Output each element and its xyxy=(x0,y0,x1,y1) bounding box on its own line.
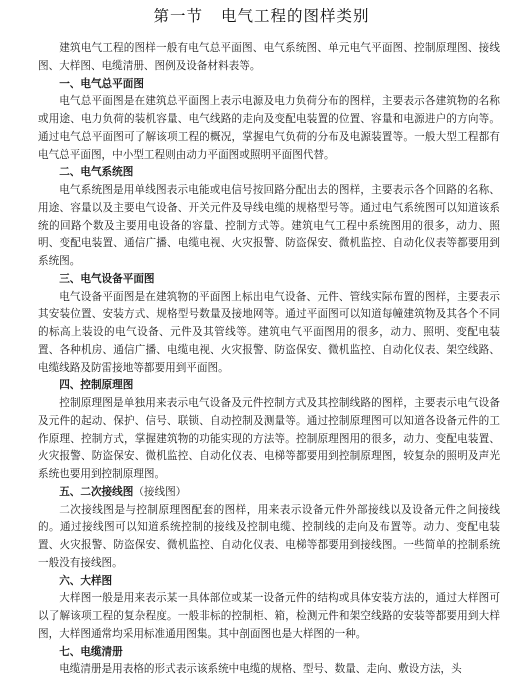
section-heading-4: 四、控制原理图 xyxy=(38,377,500,395)
section-body-4: 控制原理图是单独用来表示电气设备及元件控制方式及其控制线路的图样，主要表示电气设… xyxy=(38,395,500,484)
section-body-6: 大样图一般是用来表示某一具体部位或某一设备元件的结构或具体安装方法的，通过大样图… xyxy=(38,590,500,643)
intro-paragraph: 建筑电气工程的图样一般有电气总平面图、电气系统图、单元电气平面图、控制原理图、接… xyxy=(38,40,500,76)
document-body: 建筑电气工程的图样一般有电气总平面图、电气系统图、单元电气平面图、控制原理图、接… xyxy=(38,40,500,677)
section-heading-1: 一、电气总平面图 xyxy=(38,76,500,94)
section-body-7: 电缆清册是用表格的形式表示该系统中电缆的规格、型号、数量、走向、敷设方法，头 xyxy=(38,661,500,677)
section-body-1: 电气总平面图是在建筑总平面图上表示电源及电力负荷分布的图样，主要表示各建筑物的名… xyxy=(38,93,500,164)
section-heading-7: 七、电缆清册 xyxy=(38,644,500,662)
section-heading-5-note: （接线图） xyxy=(133,486,186,498)
section-body-2: 电气系统图是用单线图表示电能或电信号按回路分配出去的图样，主要表示各个回路的名称… xyxy=(38,182,500,271)
section-heading: 电气工程的图样类别 xyxy=(221,7,370,25)
section-body-5: 二次接线图是与控制原理图配套的图样，用来表示设备元件外部接线以及设备元件之间接线… xyxy=(38,502,500,573)
section-heading-6: 六、大样图 xyxy=(38,573,500,591)
document-page: 第一节电气工程的图样类别 建筑电气工程的图样一般有电气总平面图、电气系统图、单元… xyxy=(0,0,523,677)
section-heading-5: 五、二次接线图（接线图） xyxy=(38,484,500,502)
section-heading-2: 二、电气系统图 xyxy=(38,164,500,182)
section-number: 第一节 xyxy=(153,7,203,25)
page-title: 第一节电气工程的图样类别 xyxy=(0,4,523,28)
section-heading-5-text: 五、二次接线图 xyxy=(59,486,133,498)
section-body-3: 电气设备平面图是在建筑物的平面图上标出电气设备、元件、管线实际布置的图样，主要表… xyxy=(38,289,500,378)
section-heading-3: 三、电气设备平面图 xyxy=(38,271,500,289)
